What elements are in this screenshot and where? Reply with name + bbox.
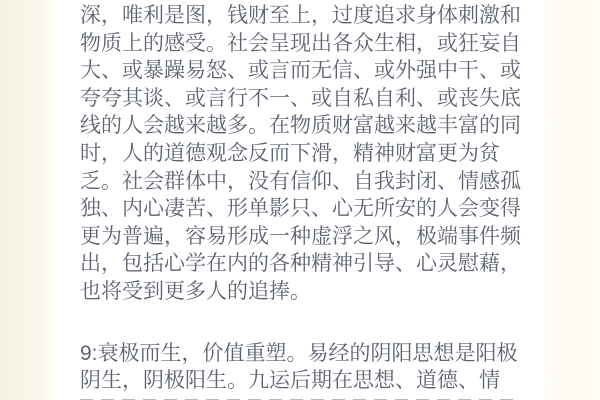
text-line: 乏。社会群体中，没有信仰、自我封闭、情感孤 — [80, 168, 520, 196]
paragraph: 9:衰极而生，价值重塑。易经的阴阳思想是阳极 阴生，阴极阳生。九运后期在思想、道… — [80, 340, 520, 400]
text-line: 更为普遍，容易形成一种虚浮之风，极端事件频 — [80, 223, 520, 251]
text-line: 深，唯利是图，钱财至上，过度追求身体刺激和 — [80, 2, 520, 30]
text-line: 线的人会越来越多。在物质财富越来越丰富的同 — [80, 112, 520, 140]
text-line: 也将受到更多人的追捧。 — [80, 278, 520, 306]
article-scroll-area[interactable]: 深，唯利是图，钱财至上，过度追求身体刺激和 物质上的感受。社会呈现出各众生相，或… — [58, 0, 542, 400]
text-line: 夸夸其谈、或言行不一、或自私自利、或丧失底 — [80, 85, 520, 113]
text-line: 独、内心凄苦、形单影只、心无所安的人会变得 — [80, 195, 520, 223]
paragraph: 深，唯利是图，钱财至上，过度追求身体刺激和 物质上的感受。社会呈现出各众生相，或… — [80, 2, 520, 306]
left-margin-gutter — [0, 0, 58, 400]
right-margin-gutter — [542, 0, 600, 400]
text-line: 阴生，阴极阳生。九运后期在思想、道德、情 — [80, 367, 520, 395]
text-line: 物质上的感受。社会呈现出各众生相，或狂妄自 — [80, 30, 520, 58]
article-page: 深，唯利是图，钱财至上，过度追求身体刺激和 物质上的感受。社会呈现出各众生相，或… — [0, 0, 600, 400]
text-line: 时，人的道德观念反而下滑，精神财富更为贫 — [80, 140, 520, 168]
text-line: 9:衰极而生，价值重塑。易经的阴阳思想是阳极 — [80, 340, 520, 368]
text-line: 大、或暴躁易怒、或言而无信、或外强中干、或 — [80, 57, 520, 85]
text-line: 出，包括心学在内的各种精神引导、心灵慰藉， — [80, 250, 520, 278]
